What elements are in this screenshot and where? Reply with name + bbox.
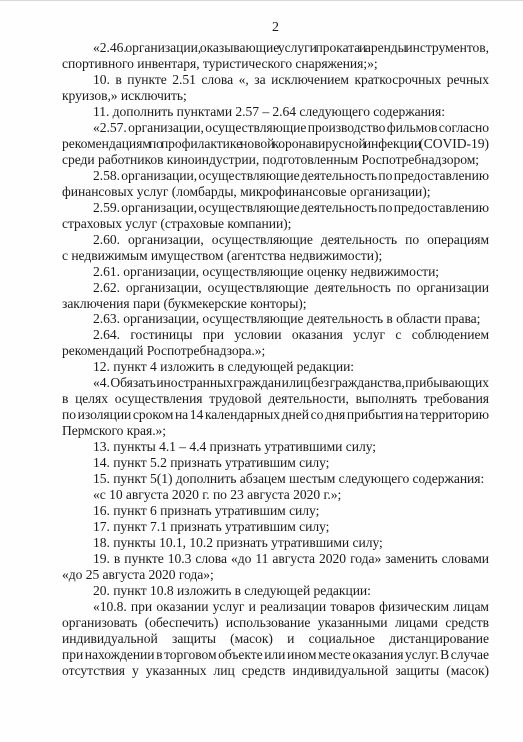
text-line: 15. пункт 5(1) дополнить абзацем шестым … xyxy=(62,471,489,487)
text-line: 18. пункты 10.1, 10.2 признать утративши… xyxy=(62,535,489,551)
paragraph-p-11: 11. дополнить пунктами 2.57 – 2.64 следу… xyxy=(62,104,489,120)
paragraph-p-2-59: 2.59. организации, осуществляющие деятел… xyxy=(62,200,489,232)
paragraph-p-2-57: «2.57. организации, осуществляющие произ… xyxy=(62,120,489,168)
paragraph-p-4: «4. Обязать иностранных граждан и лиц бе… xyxy=(62,375,489,439)
paragraph-p-15-quote: «с 10 августа 2020 г. по 23 августа 2020… xyxy=(62,487,489,503)
text-line: отсутствия у указанных лиц средств индив… xyxy=(62,663,489,679)
text-line: 17. пункт 7.1 признать утратившим силу; xyxy=(62,519,489,535)
text-line: 11. дополнить пунктами 2.57 – 2.64 следу… xyxy=(62,104,489,120)
text-line: 2.58. организации, осуществляющие деятел… xyxy=(62,168,489,184)
text-line: среди работников киноиндустрии, подготов… xyxy=(62,152,489,168)
text-line: «2.57. организации, осуществляющие произ… xyxy=(62,120,489,136)
text-line: заключения пари (букмекерские конторы); xyxy=(62,296,489,312)
text-line: 13. пункты 4.1 – 4.4 признать утратившим… xyxy=(62,439,489,455)
text-line: по изоляции сроком на 14 календарных дне… xyxy=(62,407,489,423)
paragraph-p-10-8: «10.8. при оказании услуг и реализации т… xyxy=(62,599,489,679)
document-page: 2 «2.46. организации, оказывающие услуги… xyxy=(0,0,523,742)
text-line: индивидуальной защиты (масок) и социальн… xyxy=(62,631,489,647)
paragraph-p-2-64: 2.64. гостиницы при условии оказания усл… xyxy=(62,327,489,359)
paragraph-p-19: 19. в пункте 10.3 слова «до 11 августа 2… xyxy=(62,551,489,583)
text-line: «10.8. при оказании услуг и реализации т… xyxy=(62,599,489,615)
text-line: «с 10 августа 2020 г. по 23 августа 2020… xyxy=(62,487,489,503)
document-body: «2.46. организации, оказывающие услуги п… xyxy=(62,40,489,679)
paragraph-p-18: 18. пункты 10.1, 10.2 признать утративши… xyxy=(62,535,489,551)
paragraph-p-14: 14. пункт 5.2 признать утратившим силу; xyxy=(62,455,489,471)
paragraph-p-13: 13. пункты 4.1 – 4.4 признать утратившим… xyxy=(62,439,489,455)
paragraph-p-2-61: 2.61. организации, осуществляющие оценку… xyxy=(62,264,489,280)
paragraph-p-16: 16. пункт 6 признать утратившим силу; xyxy=(62,503,489,519)
text-line: 19. в пункте 10.3 слова «до 11 августа 2… xyxy=(62,551,489,567)
paragraph-p-2-60: 2.60. организации, осуществляющие деятел… xyxy=(62,232,489,264)
text-line: 2.59. организации, осуществляющие деятел… xyxy=(62,200,489,216)
text-line: круизов,» исключить; xyxy=(62,88,489,104)
paragraph-p-2-58: 2.58. организации, осуществляющие деятел… xyxy=(62,168,489,200)
text-line: «до 25 августа 2020 года»; xyxy=(62,567,489,583)
text-line: рекомендаций Роспотребнадзора.»; xyxy=(62,343,489,359)
text-line: 2.64. гостиницы при условии оказания усл… xyxy=(62,327,489,343)
text-line: 2.61. организации, осуществляющие оценку… xyxy=(62,264,489,280)
text-line: 16. пункт 6 признать утратившим силу; xyxy=(62,503,489,519)
text-line: 12. пункт 4 изложить в следующей редакци… xyxy=(62,359,489,375)
text-line: 14. пункт 5.2 признать утратившим силу; xyxy=(62,455,489,471)
text-line: 20. пункт 10.8 изложить в следующей реда… xyxy=(62,583,489,599)
text-line: «4. Обязать иностранных граждан и лиц бе… xyxy=(62,375,489,391)
paragraph-p-17: 17. пункт 7.1 признать утратившим силу; xyxy=(62,519,489,535)
text-line: 10. в пункте 2.51 слова «, за исключение… xyxy=(62,72,489,88)
text-line: страховых услуг (страховые компании); xyxy=(62,216,489,232)
paragraph-p-20: 20. пункт 10.8 изложить в следующей реда… xyxy=(62,583,489,599)
page-number: 2 xyxy=(0,20,523,36)
paragraph-p-2-62: 2.62. организации, осуществляющие деятел… xyxy=(62,280,489,312)
text-line: при нахождении в торговом объекте или ин… xyxy=(62,647,489,663)
text-line: финансовых услуг (ломбарды, микрофинансо… xyxy=(62,184,489,200)
paragraph-p-2-46: «2.46. организации, оказывающие услуги п… xyxy=(62,40,489,72)
text-line: спортивного инвентаря, туристического сн… xyxy=(62,56,489,72)
text-line: рекомендациям по профилактике новой коро… xyxy=(62,136,489,152)
text-line: 2.62. организации, осуществляющие деятел… xyxy=(62,280,489,296)
text-line: 2.60. организации, осуществляющие деятел… xyxy=(62,232,489,248)
text-line: в целях осуществления трудовой деятельно… xyxy=(62,391,489,407)
paragraph-p-12: 12. пункт 4 изложить в следующей редакци… xyxy=(62,359,489,375)
paragraph-p-10: 10. в пункте 2.51 слова «, за исключение… xyxy=(62,72,489,104)
text-line: 2.63. организации, осуществляющие деятел… xyxy=(62,311,489,327)
text-line: Пермского края.»; xyxy=(62,423,489,439)
text-line: с недвижимым имуществом (агентства недви… xyxy=(62,248,489,264)
paragraph-p-15: 15. пункт 5(1) дополнить абзацем шестым … xyxy=(62,471,489,487)
text-line: «2.46. организации, оказывающие услуги п… xyxy=(62,40,489,56)
text-line: организовать (обеспечить) использование … xyxy=(62,615,489,631)
paragraph-p-2-63: 2.63. организации, осуществляющие деятел… xyxy=(62,311,489,327)
